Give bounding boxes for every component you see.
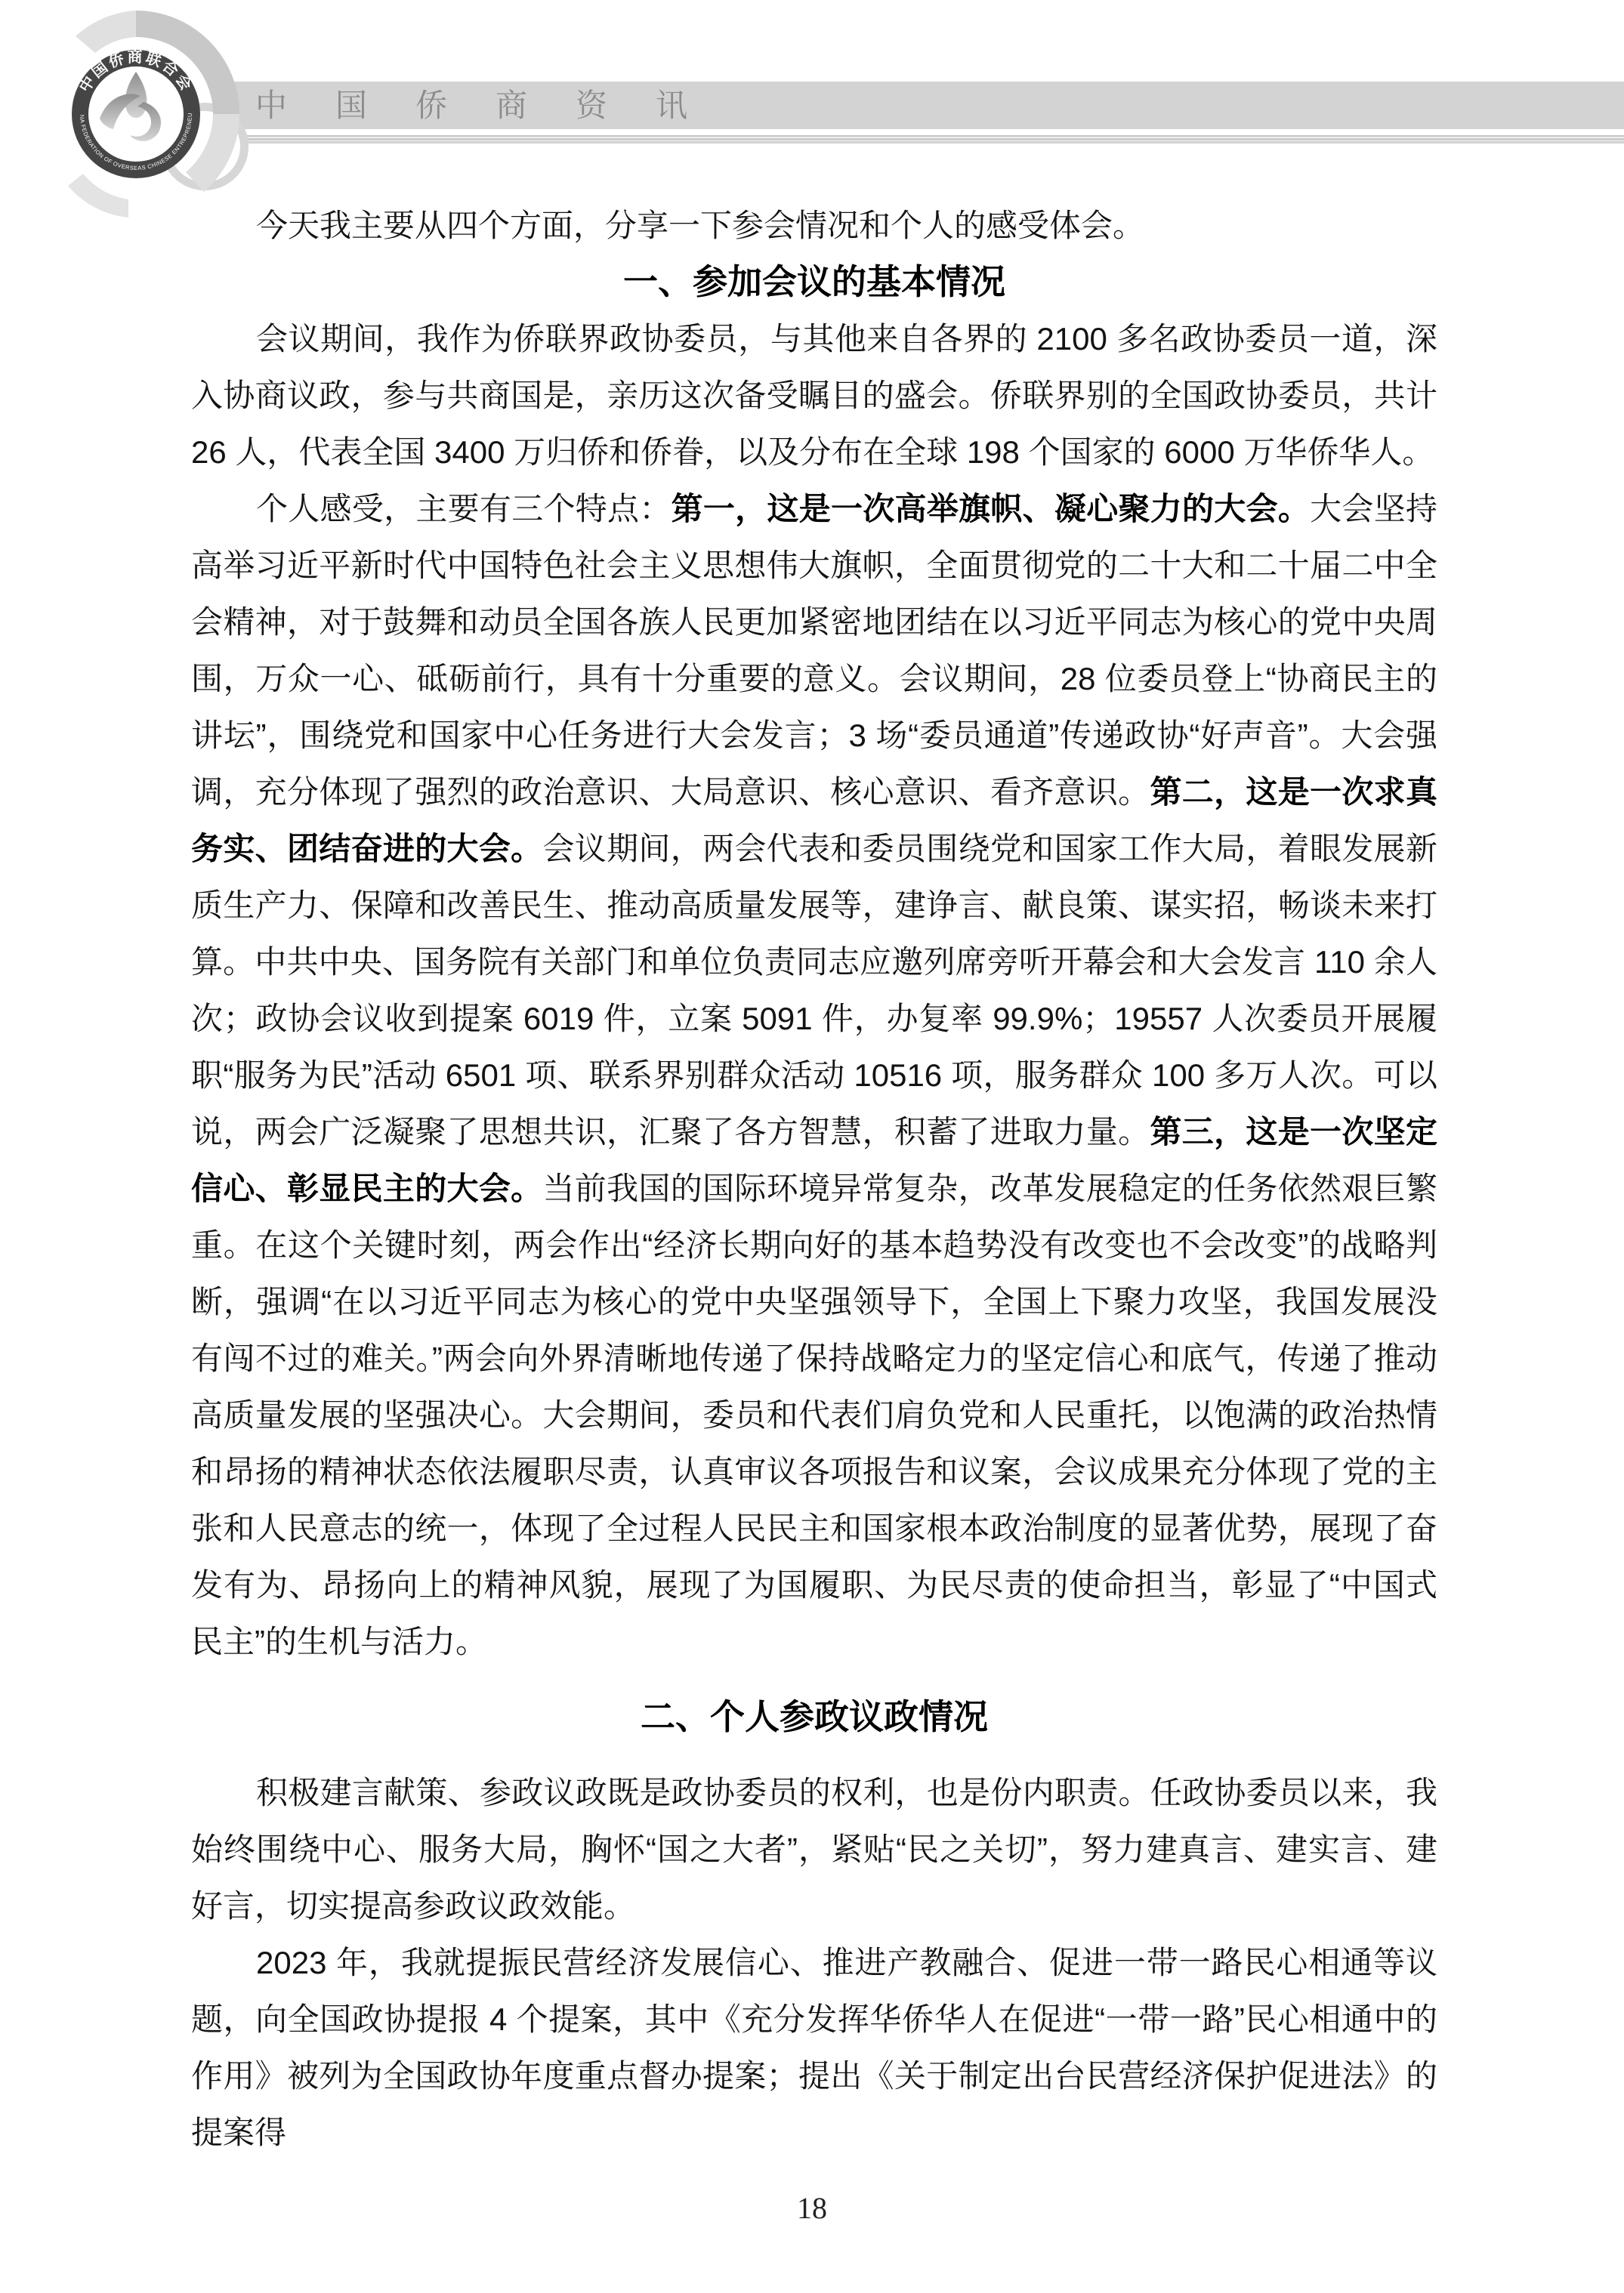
brand-title: 中国侨商资讯 [255,82,736,129]
section-2-paragraph-1: 积极建言献策、参政议政既是政协委员的权利，也是份内职责。任政协委员以来，我始终围… [191,1764,1437,1934]
paragraph-segment: 当前我国的国际环境异常复杂，改革发展稳定的任务依然艰巨繁重。在这个关键时刻，两会… [191,1171,1437,1659]
header-stripe-divider [227,135,1624,144]
section-1-paragraph-1: 会议期间，我作为侨联界政协委员，与其他来自各界的 2100 多名政协委员一道，深… [191,310,1437,480]
section-2-paragraph-2: 2023 年，我就提振民营经济发展信心、推进产教融合、促进一带一路民心相通等议题… [191,1934,1437,2161]
paragraph-text: 积极建言献策、参政议政既是政协委员的权利，也是份内职责。任政协委员以来，我始终围… [191,1775,1437,1924]
paragraph-text: 2023 年，我就提振民营经济发展信心、推进产教融合、促进一带一路民心相通等议题… [191,1945,1437,2150]
page-number: 18 [0,2190,1624,2226]
article-body: 今天我主要从四个方面，分享一下参会情况和个人的感受体会。 一、参加会议的基本情况… [191,197,1437,2161]
paragraph-segment: 个人感受，主要有三个特点： [256,491,672,526]
paragraph-segment: 大会坚持高举习近平新时代中国特色社会主义思想伟大旗帜，全面贯彻党的二十大和二十届… [191,491,1437,810]
paragraph-segment: 会议期间，两会代表和委员围绕党和国家工作大局，着眼发展新质生产力、保障和改善民生… [191,831,1437,1150]
federation-seal-logo: 中国侨商联合会 CHINA FEDERATION OF OVERSEAS CHI… [71,49,201,179]
section-1-heading: 一、参加会议的基本情况 [191,254,1437,310]
section-2-heading: 二、个人参政议政情况 [191,1689,1437,1745]
intro-text: 今天我主要从四个方面，分享一下参会情况和个人的感受体会。 [256,208,1144,243]
section-1-paragraph-2: 个人感受，主要有三个特点：第一，这是一次高举旗帜、凝心聚力的大会。大会坚持高举习… [191,480,1437,1670]
paragraph-text: 会议期间，我作为侨联界政协委员，与其他来自各界的 2100 多名政协委员一道，深… [191,321,1437,470]
bold-segment-first: 第一，这是一次高举旗帜、凝心聚力的大会。 [672,491,1311,526]
intro-paragraph: 今天我主要从四个方面，分享一下参会情况和个人的感受体会。 [191,197,1437,254]
magazine-page: 中国侨商资讯 中国侨商联合会 CHINA FEDERATION OF OVERS… [0,0,1624,2293]
